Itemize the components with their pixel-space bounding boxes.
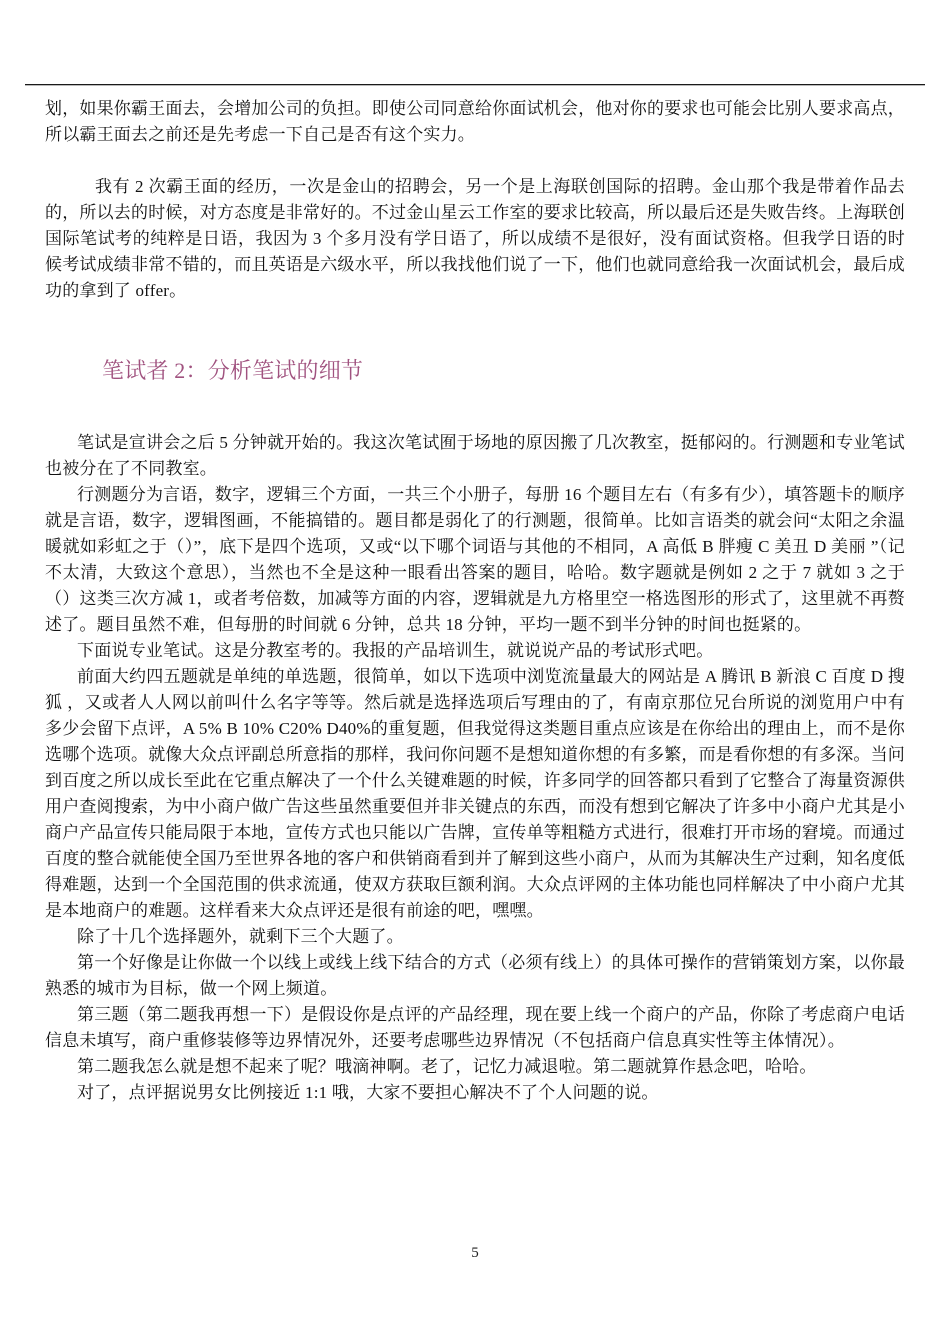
paragraph-body-7: 第三题（第二题我再想一下）是假设你是点评的产品经理，现在要上线一个商户的产品，你…: [45, 1002, 905, 1054]
document-page: 划，如果你霸王面去，会增加公司的负担。即使公司同意给你面试机会，他对你的要求也可…: [0, 0, 950, 1344]
paragraph-body-3: 下面说专业笔试。这是分教室考的。我报的产品培训生，就说说产品的考试形式吧。: [45, 638, 905, 664]
paragraph-body-5: 除了十几个选择题外，就剩下三个大题了。: [45, 924, 905, 950]
document-body: 划，如果你霸王面去，会增加公司的负担。即使公司同意给你面试机会，他对你的要求也可…: [45, 96, 905, 1106]
paragraph-body-9: 对了，点评据说男女比例接近 1:1 哦，大家不要担心解决不了个人问题的说。: [45, 1080, 905, 1106]
section-heading: 笔试者 2：分析笔试的细节: [102, 356, 905, 386]
paragraph-intro-continuation: 划，如果你霸王面去，会增加公司的负担。即使公司同意给你面试机会，他对你的要求也可…: [45, 96, 905, 148]
page-footer: 5: [0, 1244, 950, 1262]
paragraph-body-2: 行测题分为言语，数字，逻辑三个方面，一共三个小册子，每册 16 个题目左右（有多…: [45, 482, 905, 638]
paragraph-body-4: 前面大约四五题就是单纯的单选题，很简单，如以下选项中浏览流量最大的网站是 A 腾…: [45, 664, 905, 924]
paragraph-intro-experience: 我有 2 次霸王面的经历，一次是金山的招聘会，另一个是上海联创国际的招聘。金山那…: [45, 174, 905, 304]
page-number: 5: [471, 1245, 479, 1261]
paragraph-body-8: 第二题我怎么就是想不起来了呢？哦滴神啊。老了，记忆力减退啦。第二题就算作悬念吧，…: [45, 1054, 905, 1080]
header-rule: [25, 84, 925, 86]
paragraph-body-6: 第一个好像是让你做一个以线上或线上线下结合的方式（必须有线上）的具体可操作的营销…: [45, 950, 905, 1002]
paragraph-body-1: 笔试是宣讲会之后 5 分钟就开始的。我这次笔试囿于场地的原因搬了几次教室，挺郁闷…: [45, 430, 905, 482]
